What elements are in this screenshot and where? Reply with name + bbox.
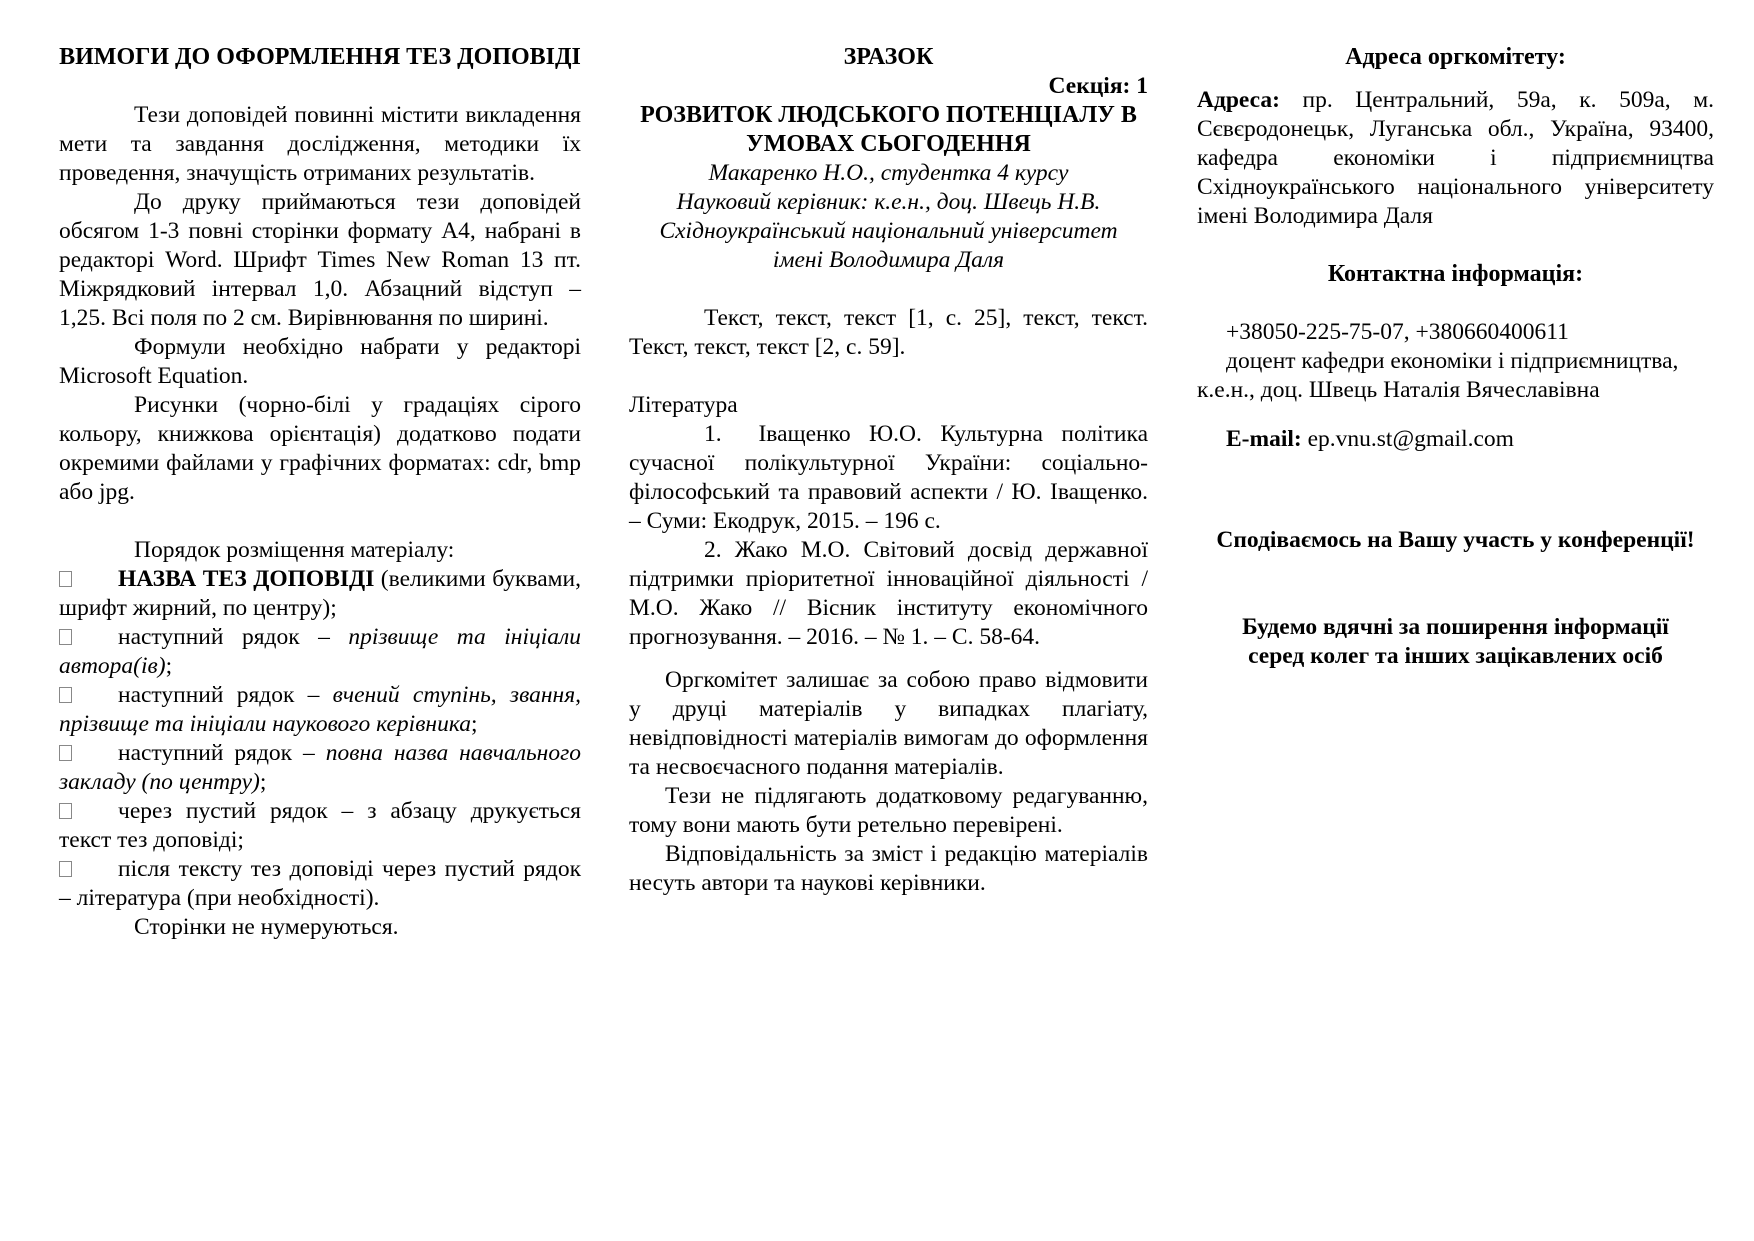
hope-message: Сподіваємось на Вашу участь у конференці… xyxy=(1197,526,1714,555)
address-heading: Адреса оргкомітету: xyxy=(1197,43,1714,72)
contacts-column: Адреса оргкомітету: Адреса: пр. Централь… xyxy=(1197,43,1714,671)
section-label: Секція: 1 xyxy=(629,72,1148,101)
email-label: E-mail: xyxy=(1226,426,1302,452)
checkbox-square-icon xyxy=(59,745,72,761)
sample-body-text: Текст, текст, текст [1, с. 25], текст, т… xyxy=(629,304,1148,362)
supervisor-line: Науковий керівник: к.е.н., доц. Швець Н.… xyxy=(629,188,1148,217)
requirements-column: ВИМОГИ ДО ОФОРМЛЕННЯ ТЕЗ ДОПОВІДІ Тези д… xyxy=(59,43,581,942)
checkbox-square-icon xyxy=(59,571,72,587)
reference-item: 2. Жако М.О. Світовий досвід державної п… xyxy=(629,536,1148,652)
reference-item: 1. Іващенко Ю.О. Культурна політика суча… xyxy=(629,420,1148,536)
checkbox-square-icon xyxy=(59,687,72,703)
requirements-paragraph: Рисунки (чорно-білі у градаціях сірого к… xyxy=(59,391,581,507)
paper-title: РОЗВИТОК ЛЮДСЬКОГО ПОТЕНЦІАЛУ В УМОВАХ С… xyxy=(629,101,1148,159)
sample-label: ЗРАЗОК xyxy=(629,43,1148,72)
author-line: Макаренко Н.О., студентка 4 курсу xyxy=(629,159,1148,188)
order-bullet-item: після тексту тез доповіді через пустий р… xyxy=(59,855,581,913)
university-line: Східноукраїнський національний університ… xyxy=(629,217,1148,246)
requirements-title: ВИМОГИ ДО ОФОРМЛЕННЯ ТЕЗ ДОПОВІДІ xyxy=(59,43,581,72)
sample-column: ЗРАЗОК Секція: 1 РОЗВИТОК ЛЮДСЬКОГО ПОТЕ… xyxy=(629,43,1148,898)
order-heading: Порядок розміщення матеріалу: xyxy=(59,536,581,565)
checkbox-square-icon xyxy=(59,803,72,819)
contact-heading: Контактна інформація: xyxy=(1197,260,1714,289)
committee-note: Тези не підлягають додатковому редагуван… xyxy=(629,782,1148,840)
contact-person: доцент кафедри економіки і підприємництв… xyxy=(1197,347,1714,405)
checkbox-square-icon xyxy=(59,629,72,645)
thanks-message: Будемо вдячні за поширення інформації се… xyxy=(1197,613,1714,671)
checkbox-square-icon xyxy=(59,861,72,877)
requirements-paragraph: До друку приймаються тези доповідей обся… xyxy=(59,188,581,333)
email-line: E-mail: ep.vnu.st@gmail.com xyxy=(1197,425,1714,454)
requirements-paragraph: Формули необхідно набрати у редакторі Mi… xyxy=(59,333,581,391)
address-label: Адреса: xyxy=(1197,87,1280,113)
order-bullet-item: через пустий рядок – з абзацу друкується… xyxy=(59,797,581,855)
order-bullet-item: наступний рядок – вчений ступінь, звання… xyxy=(59,681,581,739)
address-block: Адреса: пр. Центральний, 59а, к. 509а, м… xyxy=(1197,86,1714,231)
phone-numbers: +38050-225-75-07, +380660400611 xyxy=(1197,318,1714,347)
committee-note: Відповідальність за зміст і редакцію мат… xyxy=(629,840,1148,898)
committee-note: Оргкомітет залишає за собою право відмов… xyxy=(629,666,1148,782)
pages-note: Сторінки не нумеруються. xyxy=(59,913,581,942)
order-bullet-item: наступний рядок – прізвище та ініціали а… xyxy=(59,623,581,681)
university-line: імені Володимира Даля xyxy=(629,246,1148,275)
requirements-paragraph: Тези доповідей повинні містити викладенн… xyxy=(59,101,581,188)
email-link[interactable]: ep.vnu.st@gmail.com xyxy=(1308,426,1514,452)
references-heading: Література xyxy=(629,391,1148,420)
order-bullet-item: наступний рядок – повна назва навчальног… xyxy=(59,739,581,797)
order-bullet-item: НАЗВА ТЕЗ ДОПОВІДІ (великими буквами, шр… xyxy=(59,565,581,623)
